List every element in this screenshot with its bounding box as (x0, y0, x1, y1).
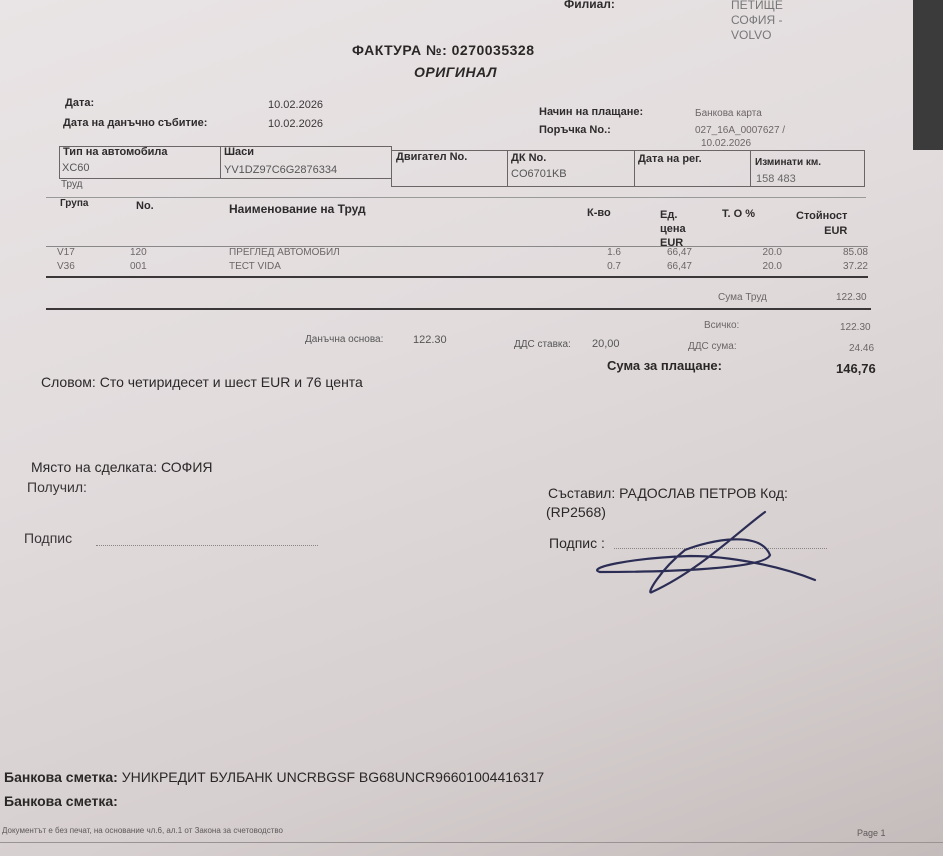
cell-discount: 20.0 (763, 247, 782, 258)
deal-place-value: СОФИЯ (161, 459, 213, 475)
tax-base-label: Данъчна основа: (305, 334, 383, 345)
branch-line: ПЕТИЩЕ (731, 0, 783, 13)
received-label: Получил: (27, 479, 87, 495)
cell-discount: 20.0 (763, 261, 782, 272)
deal-place-label: Място на сделката: (31, 459, 157, 475)
all-value: 122.30 (840, 322, 871, 333)
col-unit-price-line: Ед. (660, 208, 686, 222)
col-unit-price-line: цена (660, 222, 686, 236)
km-label: Изминати км. (755, 157, 821, 168)
chassis-value: YV1DZ97C6G2876334 (224, 164, 337, 176)
col-value: Стойност EUR (796, 209, 847, 239)
rows-end-line (46, 276, 868, 278)
registration-label: ДК No. (511, 152, 546, 164)
branch-label: Филиал: (564, 0, 615, 11)
cell-name: ТЕСТ VIDA (229, 261, 281, 272)
col-value-line: Стойност (796, 209, 847, 224)
cell-no: 120 (130, 247, 147, 258)
all-label: Всичко: (704, 320, 739, 331)
date-value: 10.02.2026 (268, 99, 323, 111)
cell-group: V36 (57, 261, 75, 272)
col-unit-price: Ед. цена EUR (660, 208, 686, 250)
registration-value: CO6701KB (511, 168, 567, 180)
order-label: Поръчка No.: (539, 124, 611, 136)
cell-unit-price: 66,47 (667, 247, 692, 258)
section-label: Труд (61, 179, 83, 190)
branch-line: СОФИЯ - (731, 13, 783, 28)
vehicle-type-value: XC60 (62, 162, 90, 174)
cell-no: 001 (130, 261, 147, 272)
cell-qty: 1.6 (607, 247, 621, 258)
in-words: Словом: Сто четиридесет и шест EUR и 76 … (41, 374, 363, 390)
bank-account-value: УНИКРЕДИТ БУЛБАНК UNCRBGSF BG68UNCR96601… (122, 769, 544, 785)
branch-line: VOLVO (731, 28, 783, 43)
signature-scribble (590, 500, 820, 600)
in-words-label: Словом: (41, 374, 96, 390)
composed-label: Съставил: (548, 485, 615, 501)
footer-line (0, 842, 943, 843)
table-top-line (46, 197, 866, 198)
cell-group: V17 (57, 247, 75, 258)
subtotal-value: 122.30 (836, 292, 867, 303)
in-words-value: Сто четиридесет и шест EUR и 76 цента (100, 374, 363, 390)
branch-name: ПЕТИЩЕ СОФИЯ - VOLVO (731, 0, 783, 43)
tax-event-label: Дата на данъчно събитие: (63, 117, 207, 129)
header-line (46, 246, 868, 247)
cell-value: 37.22 (843, 261, 868, 272)
col-group: Група (60, 198, 88, 209)
vat-rate-label: ДДС ставка: (514, 339, 571, 350)
payable-value: 146,76 (836, 361, 876, 376)
km-value: 158 483 (756, 173, 796, 185)
col-name: Наименование на Труд (229, 202, 366, 216)
cell-value: 85.08 (843, 247, 868, 258)
vat-rate-value: 20,00 (592, 338, 620, 350)
cell-name: ПРЕГЛЕД АВТОМОБИЛ (229, 247, 340, 258)
bank-account-1: Банкова сметка: УНИКРЕДИТ БУЛБАНК UNCRBG… (4, 769, 544, 785)
col-discount: Т. О % (722, 208, 755, 220)
order-date: 10.02.2026 (701, 138, 751, 149)
bank-account-2: Банкова сметка: (4, 793, 118, 809)
date-label: Дата: (65, 97, 94, 109)
invoice-title: ФАКТУРА №: 0270035328 (352, 42, 535, 58)
payment-method-value: Банкова карта (695, 108, 762, 119)
vehicle-type-label: Тип на автомобила (63, 146, 168, 158)
composed-value: РАДОСЛАВ ПЕТРОВ Код: (619, 485, 788, 501)
tax-base-value: 122.30 (413, 334, 447, 346)
subtotal-label: Сума Труд (718, 292, 767, 303)
tax-event-value: 10.02.2026 (268, 118, 323, 130)
background-edge (913, 0, 943, 150)
payment-method-label: Начин на плащане: (539, 106, 643, 118)
divider (507, 150, 508, 186)
order-value: 027_16A_0007627 / (695, 125, 785, 136)
sign-left-line (96, 544, 318, 546)
deal-place: Място на сделката: СОФИЯ (31, 459, 213, 475)
divider (220, 146, 221, 178)
reg-date-label: Дата на рег. (638, 153, 702, 165)
col-value-line: EUR (796, 224, 847, 239)
composed-by: Съставил: РАДОСЛАВ ПЕТРОВ Код: (548, 485, 788, 501)
vat-sum-label: ДДС сума: (688, 341, 737, 352)
vat-sum-value: 24.46 (849, 343, 874, 354)
chassis-label: Шаси (224, 146, 254, 158)
divider (750, 150, 751, 186)
sign-left-label: Подпис (24, 530, 72, 546)
page-number: Page 1 (857, 828, 886, 838)
cell-unit-price: 66,47 (667, 261, 692, 272)
cell-qty: 0.7 (607, 261, 621, 272)
footer-note: Документът е без печат, на основание чл.… (2, 826, 283, 835)
col-qty: К-во (587, 207, 611, 219)
engine-label: Двигател No. (396, 151, 467, 163)
col-no: No. (136, 200, 154, 212)
payable-label: Сума за плащане: (607, 358, 722, 373)
bank-account-label: Банкова сметка: (4, 769, 118, 785)
divider (634, 150, 635, 186)
subtotal-line (46, 308, 871, 310)
invoice-original: ОРИГИНАЛ (414, 64, 497, 80)
